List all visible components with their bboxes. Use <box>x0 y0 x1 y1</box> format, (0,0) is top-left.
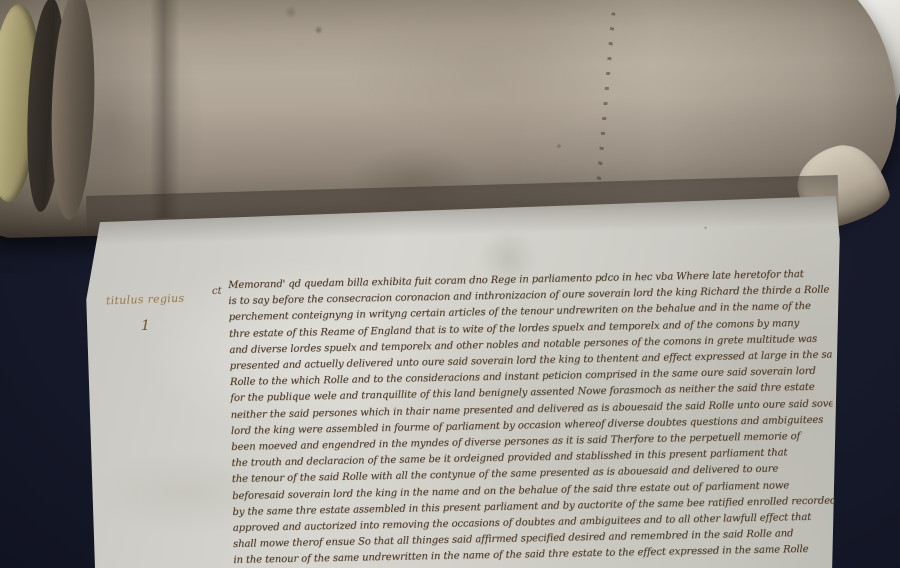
manuscript-photo: { "margin": { "annotation": "titulus reg… <box>0 0 900 568</box>
membrane-number: 1 <box>141 318 150 334</box>
roll-crease <box>150 0 180 218</box>
manuscript-text-block: Memorand' qd quedam billa exhibita fuit … <box>228 266 835 568</box>
paragraph-mark: ct <box>212 286 222 297</box>
margin-annotation: titulus regius <box>106 292 185 308</box>
